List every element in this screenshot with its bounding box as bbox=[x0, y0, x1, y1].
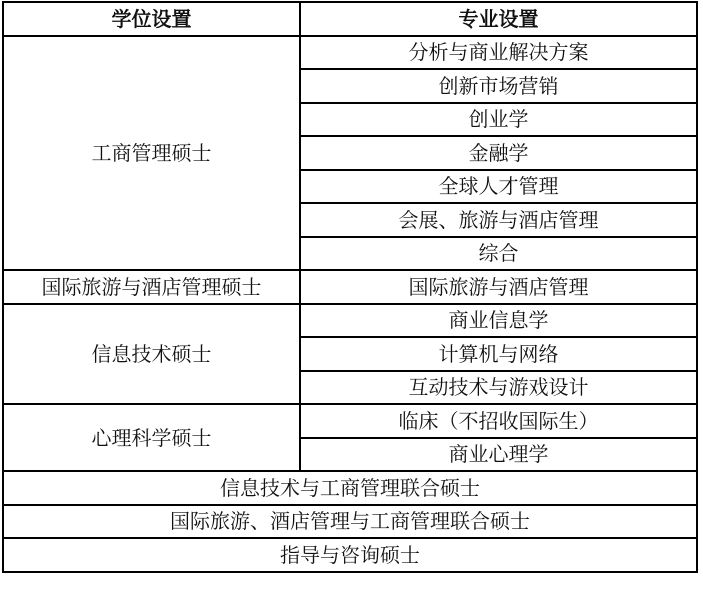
joint-degree-cell: 信息技术与工商管理联合硕士 bbox=[3, 471, 697, 505]
major-cell: 计算机与网络 bbox=[300, 337, 697, 371]
major-cell: 创新市场营销 bbox=[300, 69, 697, 103]
major-cell: 全球人才管理 bbox=[300, 170, 697, 204]
joint-row: 指导与咨询硕士 bbox=[3, 538, 697, 572]
degree-cell: 工商管理硕士 bbox=[3, 36, 300, 271]
major-cell: 商业心理学 bbox=[300, 438, 697, 472]
degree-programs-table: 学位设置 专业设置 工商管理硕士 分析与商业解决方案 创新市场营销 创业学 金融… bbox=[2, 1, 698, 573]
major-cell: 会展、旅游与酒店管理 bbox=[300, 203, 697, 237]
major-cell: 金融学 bbox=[300, 136, 697, 170]
major-cell: 临床（不招收国际生） bbox=[300, 404, 697, 438]
header-major: 专业设置 bbox=[300, 2, 697, 36]
major-cell: 分析与商业解决方案 bbox=[300, 36, 697, 70]
joint-degree-cell: 指导与咨询硕士 bbox=[3, 538, 697, 572]
table-row: 工商管理硕士 分析与商业解决方案 bbox=[3, 36, 697, 70]
degree-cell: 信息技术硕士 bbox=[3, 304, 300, 405]
table-row: 心理科学硕士 临床（不招收国际生） bbox=[3, 404, 697, 438]
major-cell: 国际旅游与酒店管理 bbox=[300, 270, 697, 304]
table-row: 信息技术硕士 商业信息学 bbox=[3, 304, 697, 338]
table-row: 国际旅游与酒店管理硕士 国际旅游与酒店管理 bbox=[3, 270, 697, 304]
joint-row: 信息技术与工商管理联合硕士 bbox=[3, 471, 697, 505]
header-row: 学位设置 专业设置 bbox=[3, 2, 697, 36]
major-cell: 创业学 bbox=[300, 103, 697, 137]
degree-cell: 心理科学硕士 bbox=[3, 404, 300, 471]
degree-cell: 国际旅游与酒店管理硕士 bbox=[3, 270, 300, 304]
joint-degree-cell: 国际旅游、酒店管理与工商管理联合硕士 bbox=[3, 505, 697, 539]
header-degree: 学位设置 bbox=[3, 2, 300, 36]
major-cell: 互动技术与游戏设计 bbox=[300, 371, 697, 405]
joint-row: 国际旅游、酒店管理与工商管理联合硕士 bbox=[3, 505, 697, 539]
major-cell: 综合 bbox=[300, 237, 697, 271]
major-cell: 商业信息学 bbox=[300, 304, 697, 338]
